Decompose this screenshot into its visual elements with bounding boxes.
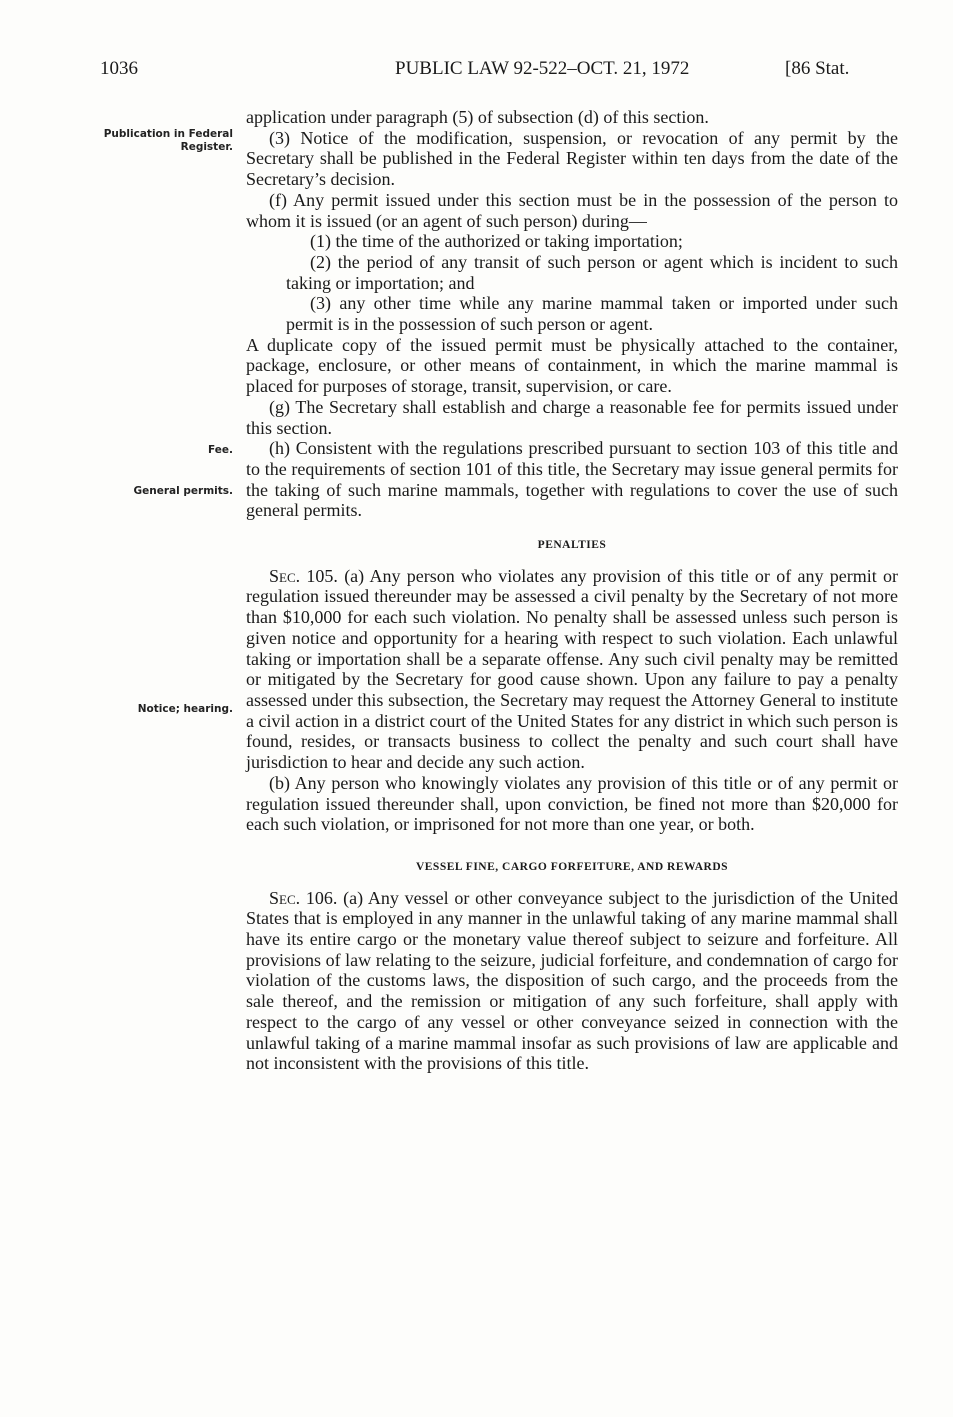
margin-note-notice-hearing: Notice; hearing.	[98, 703, 233, 716]
list-item: (2) the period of any transit of such pe…	[246, 252, 898, 293]
paragraph: Sec. 106. (a) Any vessel or other convey…	[246, 888, 898, 1074]
paragraph: application under paragraph (5) of subse…	[246, 107, 898, 128]
margin-note-fee: Fee.	[98, 444, 233, 457]
page-title: PUBLIC LAW 92-522–OCT. 21, 1972	[395, 58, 689, 80]
paragraph: (h) Consistent with the regulations pres…	[246, 438, 898, 521]
statute-reference: [86 Stat.	[785, 58, 849, 80]
paragraph: A duplicate copy of the issued permit mu…	[246, 335, 898, 397]
section-heading: PENALTIES	[246, 535, 898, 556]
section-label: Sec. 105.	[269, 566, 338, 586]
document-body: application under paragraph (5) of subse…	[246, 107, 898, 1074]
margin-note-publication: Publication in Federal Register.	[98, 128, 233, 154]
margin-note-general-permits: General permits.	[98, 485, 233, 498]
paragraph: (3) Notice of the modification, suspensi…	[246, 128, 898, 190]
list-item: (1) the time of the authorized or taking…	[246, 231, 898, 252]
page-header: 1036 PUBLIC LAW 92-522–OCT. 21, 1972 [86…	[0, 58, 953, 82]
section-heading: VESSEL FINE, CARGO FORFEITURE, AND REWAR…	[246, 857, 898, 878]
section-label: Sec. 106.	[269, 888, 337, 908]
page-number: 1036	[100, 58, 138, 80]
paragraph: (f) Any permit issued under this section…	[246, 190, 898, 231]
paragraph: (b) Any person who knowingly violates an…	[246, 773, 898, 835]
paragraph: Sec. 105. (a) Any person who violates an…	[246, 566, 898, 773]
list-item: (3) any other time while any marine mamm…	[246, 293, 898, 334]
paragraph: (g) The Secretary shall establish and ch…	[246, 397, 898, 438]
